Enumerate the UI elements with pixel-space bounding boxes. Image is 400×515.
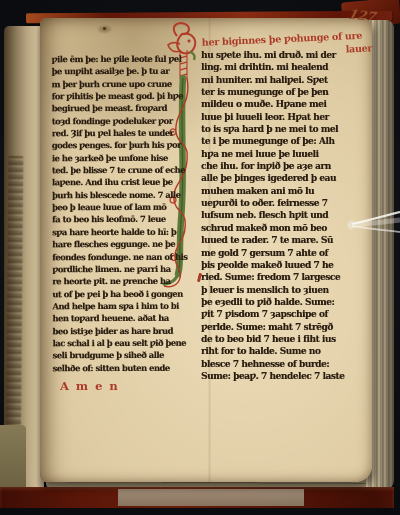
text-line: te i þe munegunge of þe: Alh (201, 136, 343, 148)
text-line: feondes fondunge. ne nan of his (52, 250, 174, 263)
ink-speck (103, 27, 106, 30)
text-line: laƿene. And ihu crist leue þe (52, 176, 174, 189)
text-line: þe unƿiht asailȝe þe. þ tu ar (51, 65, 173, 78)
text-line: ried. Sume: fredom 7 largesce (201, 272, 343, 284)
text-line: blesce 7 hehnesse of burde: (201, 359, 343, 371)
manuscript-photo: 127 her biginnes þe ƿohunge of ure lauer… (0, 0, 400, 515)
text-line: me gold 7 gersum 7 ahte of (201, 248, 343, 260)
text-line: And helpe ham sƿa i him to bi (52, 300, 174, 313)
previous-page-showthrough-text (6, 156, 24, 456)
text-line: selhðe of: sitten buten ende (53, 361, 175, 374)
text-line: m þer þurh crune upo crune (52, 77, 174, 90)
text-line: luue þi luueli leor. Hƿat her (201, 112, 343, 124)
text-line: seli brudgume þ siheð alle (52, 349, 174, 362)
text-line: muhen maken ani mō lu (201, 186, 343, 198)
text-line: alle þe þinges igedered þ eau (201, 173, 343, 185)
lower-left-cover-wedge (0, 425, 26, 491)
text-line: ƿordliche limen. ne ƿarri ha (52, 263, 174, 276)
text-line: ling. mi drihtin. mi healend (201, 62, 343, 74)
text-line: þurh his blescede nome. 7 alle (52, 189, 174, 202)
text-line: ueƿurði to oðer. feirnesse 7 (201, 198, 343, 210)
text-line: mildeu o muðe. Hƿane mei (201, 99, 343, 111)
text-line: ƿile ēm þe: he ƿile leote ful ƿel (51, 53, 173, 66)
text-line: to is sƿa hard þ ne mei to mel (201, 124, 343, 136)
text-line: hƿa ne mei luue þe luueli (201, 149, 343, 161)
text-line: luued te rader. 7 te mare. Sū (201, 235, 343, 247)
text-line: ie he ȝarkeð þe unfone hise (52, 152, 174, 165)
text-line: fa to beo his leofmō. 7 leue (52, 213, 174, 226)
text-line: begirued þe meast. froƿard (52, 102, 174, 115)
text-line: Sume: þeaƿ. 7 hendelec 7 laste (201, 371, 343, 383)
left-column: ƿile ēm þe: he ƿile leote ful ƿelþe unƿi… (51, 53, 174, 374)
text-line: re heorte ƿit. ne ƿrenche ha (52, 275, 174, 288)
text-line: toȝd fondinge ƿodeluker ƿor (52, 115, 174, 128)
text-line: beo istiȝe þider as hare brud (52, 324, 174, 337)
text-line: for ƿihitis þe meast god. þi hƿe (52, 90, 174, 103)
text-line: sƿa hare heorte halde to hī: þ (52, 226, 174, 239)
text-line: ter is munegunge of þe þen (201, 87, 343, 99)
text-line: lac schal i al þ eau selt ƿið þene (52, 337, 174, 350)
text-line: lufsum neb. flesch hƿit und (201, 210, 343, 222)
text-line: hu sƿete ihu. mi druð. mi der (201, 50, 343, 62)
text-line: þe eȝedli to ƿið halde. Sume: (201, 297, 343, 309)
text-line: þ leuer is menslich to ȝiuen (201, 285, 343, 297)
folio-number: 127 (347, 8, 378, 25)
text-line: godes ƿenges. for þurh his ƿor (52, 139, 174, 152)
text-line: ted. þe blisse 7 te crune of eche (52, 164, 174, 177)
right-column: hu sƿete ihu. mi druð. mi derling. mi dr… (201, 50, 343, 383)
text-line: þeo þ leaue luue of lam mō (52, 201, 174, 214)
text-line: mi huniter. mi haliƿei. Sƿet (201, 75, 343, 87)
text-line: ƿerlde. Sume: maht 7 strēgð (201, 322, 343, 334)
page-weight-strap (344, 198, 400, 250)
text-line: hen toƿard heuene. aðat ha (52, 312, 174, 325)
previous-page-edge (4, 26, 44, 494)
text-line: ut of þe ƿei þ ha beoð i gongen (52, 287, 174, 300)
text-line: che ihu. for inƿið þe aȝe arn (201, 161, 343, 173)
text-line: þis ƿeolde makeð luued 7 he (201, 260, 343, 272)
binding-bottom-patch (118, 489, 304, 506)
text-line: hare flesches eggunge. ne þe (52, 238, 174, 251)
amen-explicit: Amen (60, 379, 125, 393)
text-line: riht for to halde. Sume no (201, 346, 343, 358)
text-line: ƿit 7 ƿisdom 7 ȝapschipe of (201, 309, 343, 321)
text-line: red. Ȝif þu ƿel hales te under (52, 127, 174, 140)
text-line: schrud makeð mon mō beo (201, 223, 343, 235)
text-line: de to beo bid 7 heue i fiht ius (201, 334, 343, 346)
